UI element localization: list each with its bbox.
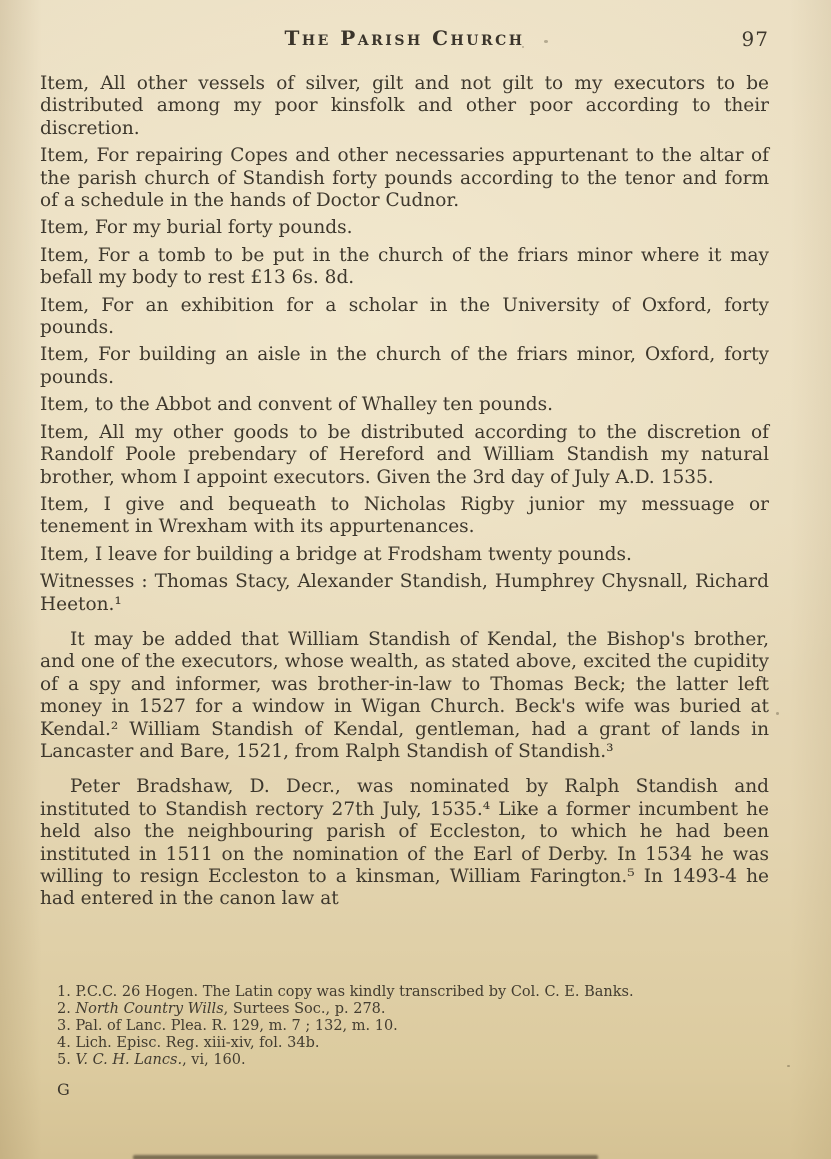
ink-speck (522, 46, 524, 48)
will-item-paragraph: Item, For a tomb to be put in the church… (40, 245, 769, 290)
will-item-paragraph: Item, to the Abbot and convent of Whalle… (40, 394, 769, 416)
witnesses-paragraph: Witnesses : Thomas Stacy, Alexander Stan… (40, 571, 769, 616)
running-title: The Parish Church (40, 26, 769, 50)
page-header: The Parish Church 97 (40, 26, 769, 58)
signature-mark: G (57, 1082, 769, 1098)
footnote: 3. Pal. of Lanc. Plea. R. 129, m. 7 ; 13… (57, 1018, 769, 1034)
will-item-paragraph: Item, All my other goods to be distribut… (40, 422, 769, 489)
ink-speck (787, 1065, 790, 1067)
footnote-text: 2. (57, 1001, 75, 1017)
page-edge-shadow (133, 1155, 598, 1159)
page-number: 97 (742, 27, 769, 51)
footnote: 2. North Country Wills, Surtees Soc., p.… (57, 1001, 769, 1017)
footnote: 4. Lich. Episc. Reg. xiii-xiv, fol. 34b. (57, 1035, 769, 1051)
footnote-text: 3. Pal. of Lanc. Plea. R. 129, m. 7 ; 13… (57, 1018, 398, 1034)
footnotes: 1. P.C.C. 26 Hogen. The Latin copy was k… (57, 984, 769, 1098)
footnote: 1. P.C.C. 26 Hogen. The Latin copy was k… (57, 984, 769, 1000)
commentary-paragraph: Peter Bradshaw, D. Decr., was nominated … (40, 776, 769, 910)
will-item-paragraph: Item, For repairing Copes and other nece… (40, 145, 769, 212)
footnote-text: , vi, 160. (182, 1052, 246, 1068)
footnote-text: , Surtees Soc., p. 278. (224, 1001, 386, 1017)
will-item-paragraph: Item, For an exhibition for a scholar in… (40, 295, 769, 340)
will-item-paragraph: Item, All other vessels of silver, gilt … (40, 73, 769, 140)
book-page: The Parish Church 97 Item, All other ves… (0, 0, 831, 1159)
footnote-italic: V. C. H. Lancs. (75, 1052, 182, 1068)
commentary-paragraph: It may be added that William Standish of… (40, 629, 769, 763)
will-item-paragraph: Item, For my burial forty pounds. (40, 217, 769, 239)
ink-speck (544, 40, 548, 43)
footnote: 5. V. C. H. Lancs., vi, 160. (57, 1052, 769, 1068)
will-item-paragraph: Item, I leave for building a bridge at F… (40, 544, 769, 566)
footnote-text: 5. (57, 1052, 75, 1068)
footnote-text: 1. P.C.C. 26 Hogen. The Latin copy was k… (57, 984, 634, 1000)
text-block: Item, All other vessels of silver, gilt … (40, 73, 769, 911)
will-item-paragraph: Item, I give and bequeath to Nicholas Ri… (40, 494, 769, 539)
footnote-text: 4. Lich. Episc. Reg. xiii-xiv, fol. 34b. (57, 1035, 319, 1051)
footnote-italic: North Country Wills (75, 1001, 223, 1017)
will-item-paragraph: Item, For building an aisle in the churc… (40, 344, 769, 389)
ink-speck (776, 712, 779, 715)
